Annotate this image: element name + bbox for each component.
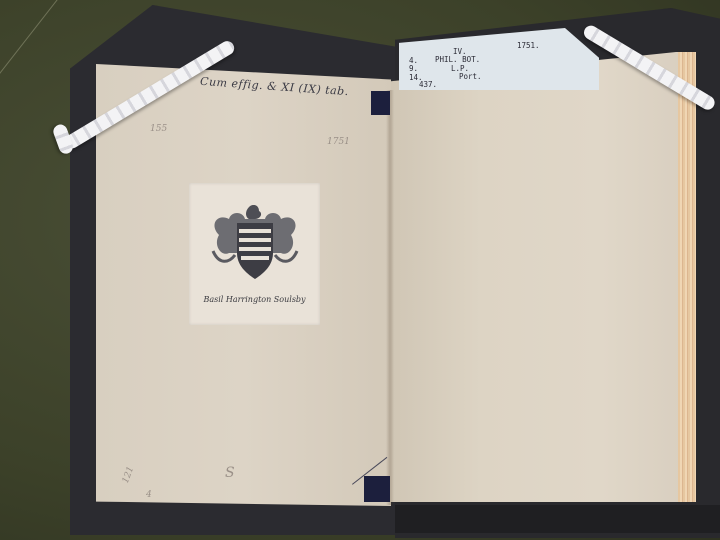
bookplate-owner-name: Basil Harrington Soulsby <box>189 295 320 304</box>
book-cover-edge <box>395 505 720 533</box>
heraldic-crest-icon <box>209 205 301 287</box>
pencil-year: 1751 <box>327 137 350 147</box>
right-page <box>391 52 691 502</box>
slip-subject: PHIL. BOT. <box>435 55 480 64</box>
slip-num-4: 437. <box>419 80 437 89</box>
top-tab-marker <box>371 91 390 115</box>
pencil-letter: S <box>225 465 235 481</box>
slip-num-2: 9. <box>409 64 418 73</box>
slip-year: 1751. <box>517 41 540 50</box>
pencil-number-top-left: 155 <box>150 124 167 134</box>
bookplate: Basil Harrington Soulsby <box>189 183 320 325</box>
book-gutter <box>386 90 394 505</box>
page-fore-edge <box>678 52 696 502</box>
pencil-number-sub: 4 <box>146 490 152 500</box>
book-photo: Cum effig. & XI (IX) tab. 155 1751 121 4… <box>0 0 720 540</box>
slip-portrait: Port. <box>459 72 482 81</box>
bottom-tab-marker <box>364 476 390 502</box>
